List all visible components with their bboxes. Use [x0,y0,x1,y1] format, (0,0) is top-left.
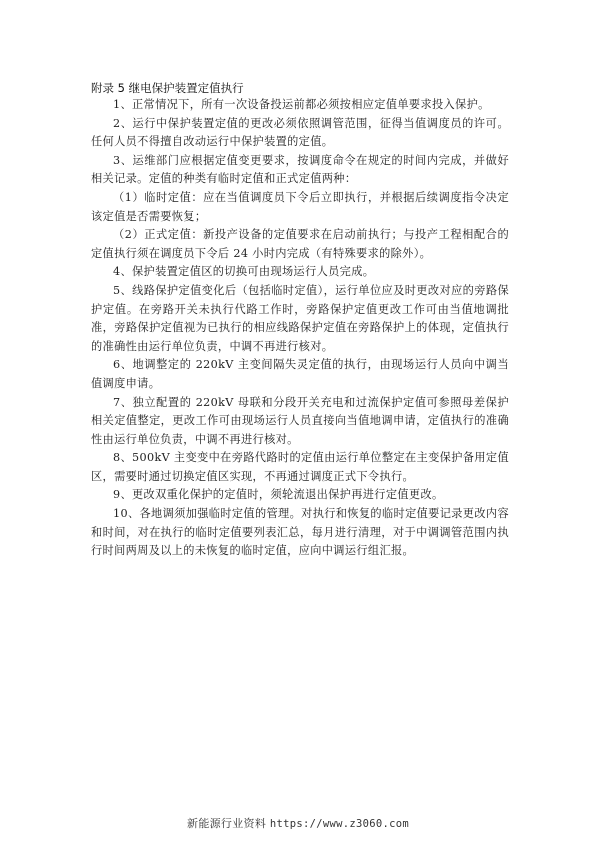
document-body: 1、正常情况下，所有一次设备投运前都必须按相应定值单要求投入保护。 2、运行中保… [91,96,509,561]
paragraph-3-1: （1）临时定值：应在当值调度员下令后立即执行，并根据后续调度指令决定该定值是否需… [91,189,509,226]
footer-url[interactable]: https://www.z3060.com [270,818,409,830]
paragraph-5: 5、线路保护定值变化后（包括临时定值），运行单位应及时更改对应的旁路保护定值。在… [91,282,509,356]
section-title: 附录 5 继电保护装置定值执行 [91,80,244,96]
paragraph-8: 8、500kV 主变变中在旁路代路时的定值由运行单位整定在主变保护备用定值区，需… [91,449,509,486]
paragraph-10: 10、各地调须加强临时定值的管理。对执行和恢复的临时定值要记录更改内容和时间，对… [91,505,509,561]
paragraph-2: 2、运行中保护装置定值的更改必须依照调管范围，征得当值调度员的许可。任何人员不得… [91,115,509,152]
paragraph-1: 1、正常情况下，所有一次设备投运前都必须按相应定值单要求投入保护。 [91,96,509,115]
paragraph-6: 6、地调整定的 220kV 主变间隔失灵定值的执行，由现场运行人员向中调当值调度… [91,356,509,393]
paragraph-4: 4、保护装置定值区的切换可由现场运行人员完成。 [91,263,509,282]
footer-label: 新能源行业资料 [187,817,266,830]
paragraph-3-2: （2）正式定值：新投产设备的定值要求在启动前执行；与投产工程相配合的定值执行须在… [91,226,509,263]
paragraph-7: 7、独立配置的 220kV 母联和分段开关充电和过流保护定值可参照母差保护相关定… [91,394,509,450]
paragraph-3: 3、运维部门应根据定值变更要求，按调度命令在规定的时间内完成，并做好相关记录。定… [91,152,509,189]
page-footer: 新能源行业资料 https://www.z3060.com [0,815,596,831]
paragraph-9: 9、更改双重化保护的定值时，须轮流退出保护再进行定值更改。 [91,486,509,505]
